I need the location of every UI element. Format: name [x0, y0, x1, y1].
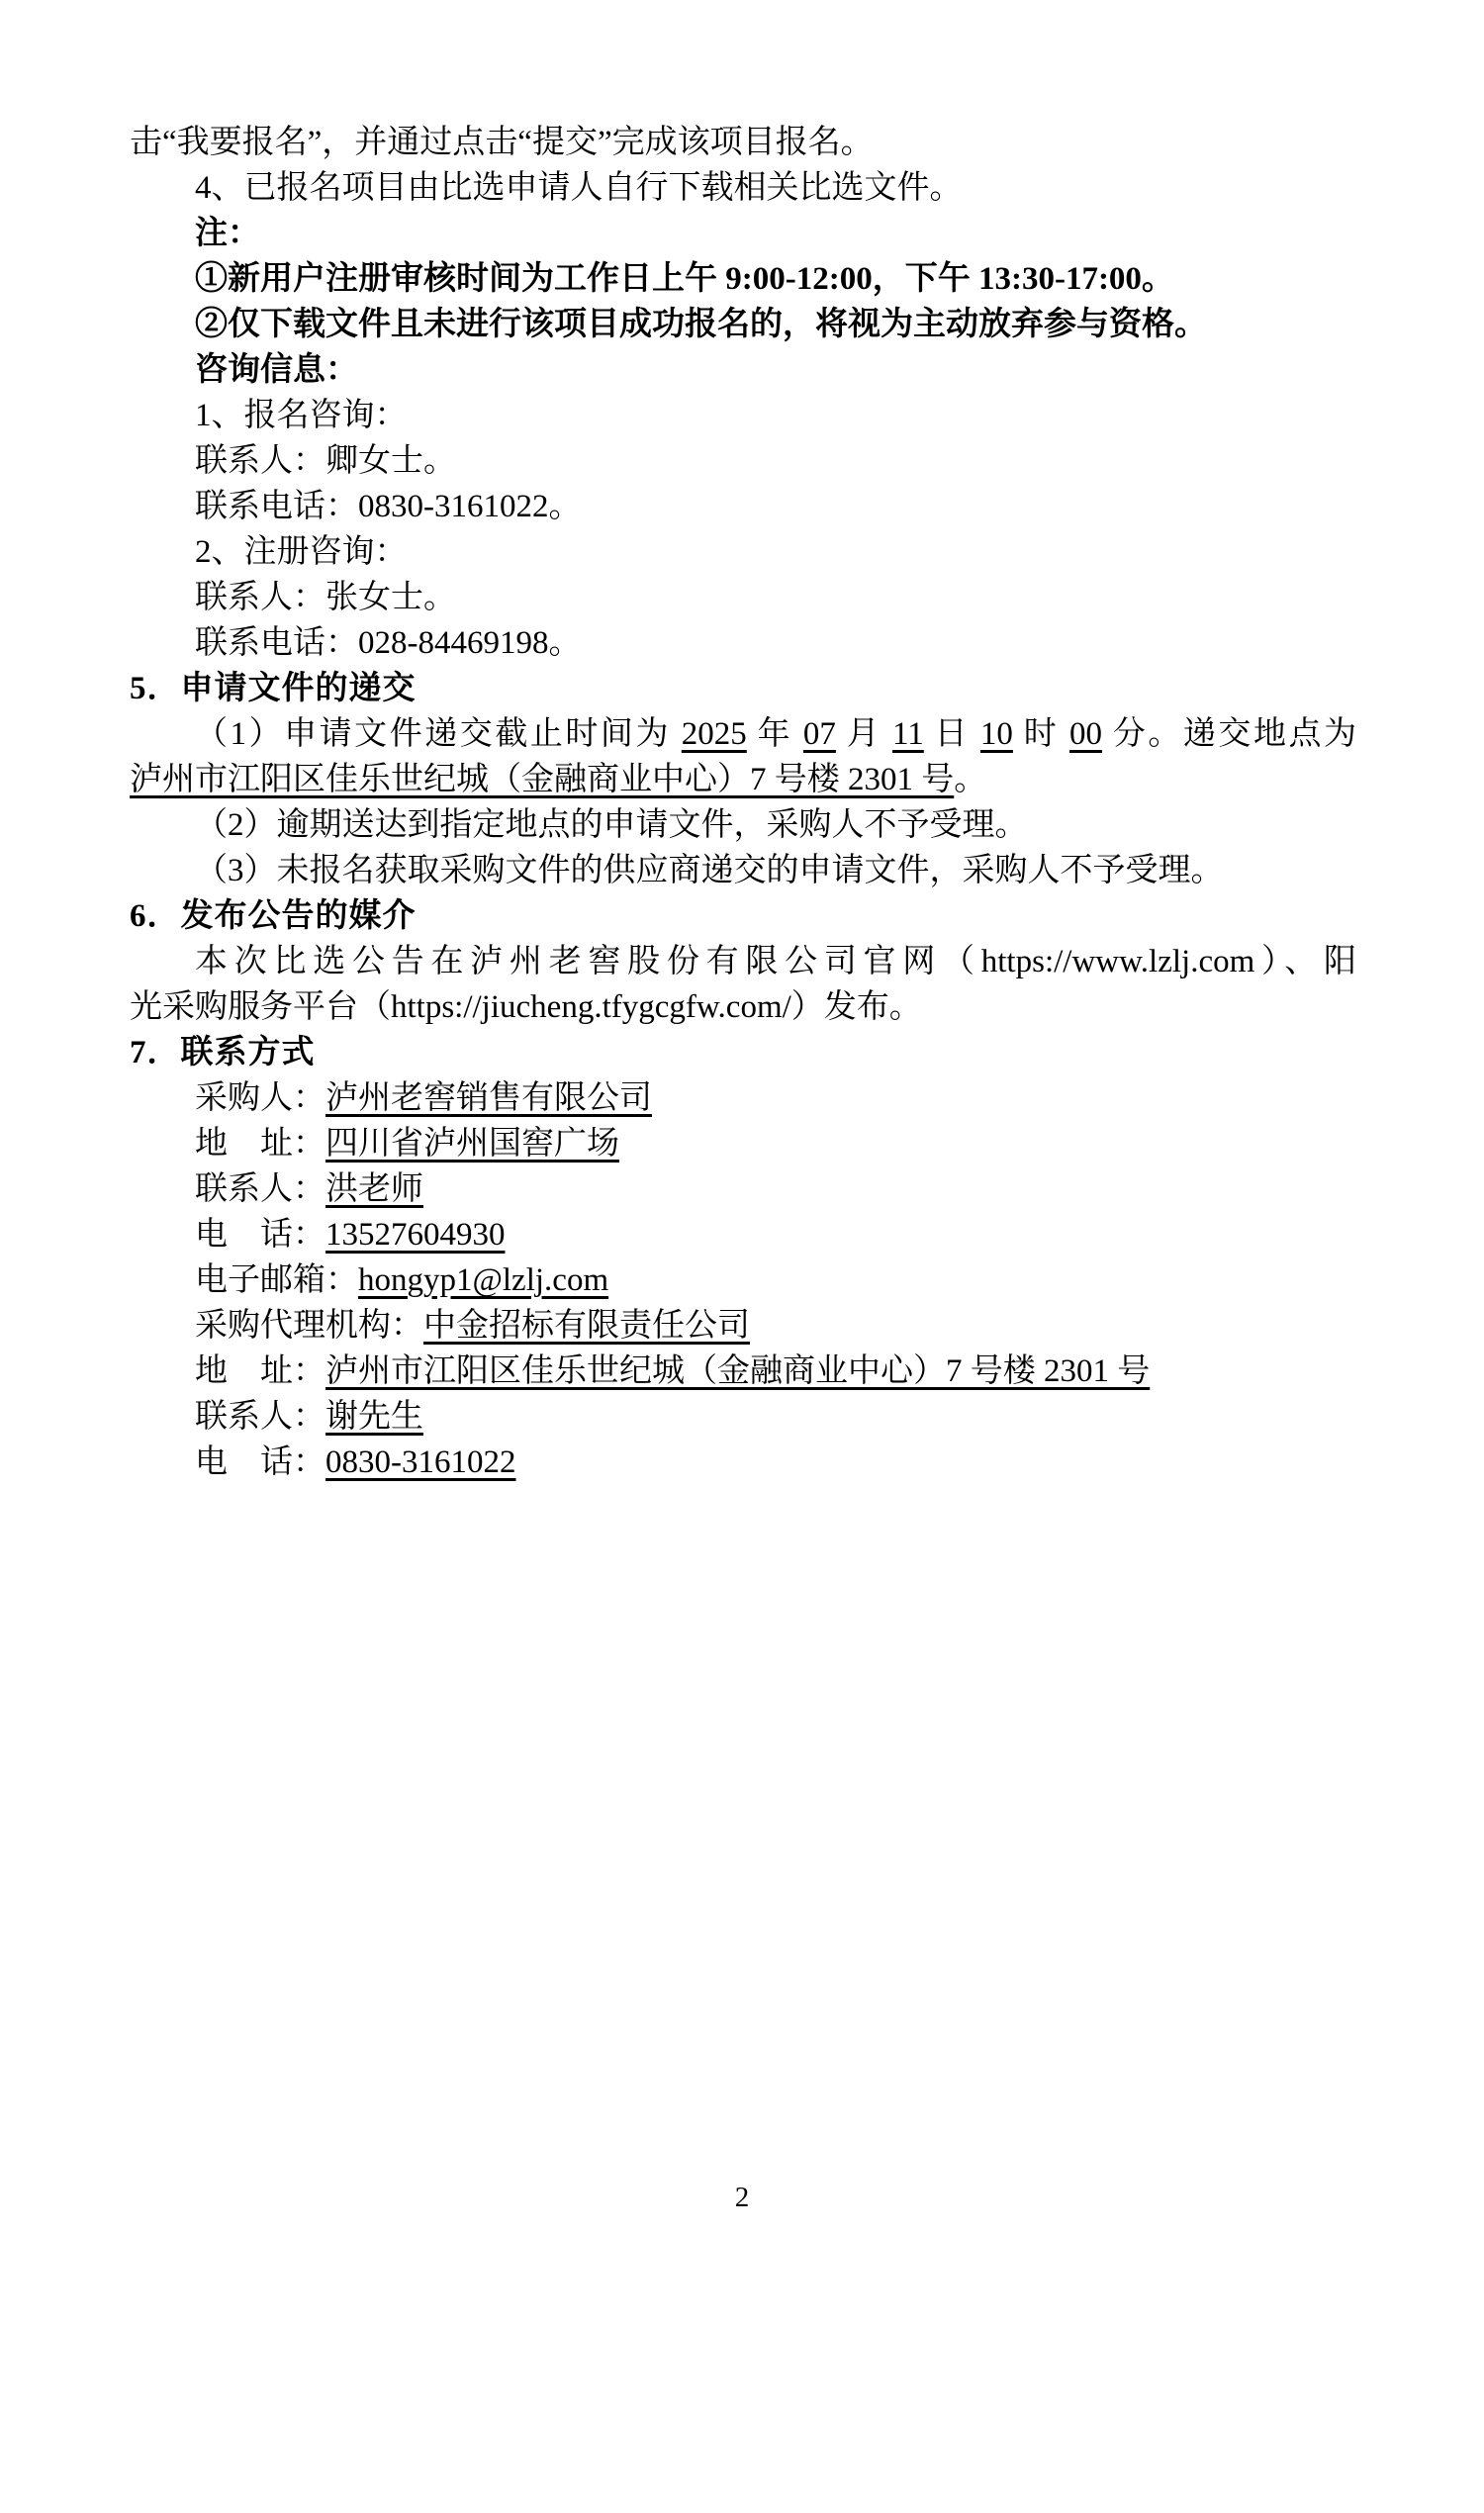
- consult-item-2: 2、注册咨询：: [130, 529, 1356, 575]
- text-run: 联系电话：028-84469198。: [195, 625, 582, 661]
- note-label: 注：: [130, 211, 1356, 256]
- media-paragraph-line-2: 光采购服务平台（https://jiucheng.tfygcgfw.com/）发…: [130, 984, 1356, 1030]
- text-run: 采购代理机构：: [195, 1308, 423, 1344]
- text-run: 电子邮箱：: [195, 1262, 358, 1298]
- text-run: 1、报名咨询：: [195, 398, 408, 433]
- underlined-value: hongyp1@lzlj.com: [358, 1262, 608, 1298]
- page-footer: 2: [0, 2181, 1484, 2214]
- section-5-heading: 5．申请文件的递交: [130, 666, 1356, 711]
- underlined-value: 00: [1069, 716, 1102, 752]
- text-run: 地 址：: [195, 1353, 325, 1389]
- text-run: 本次比选公告在泸州老窖股份有限公司官网（https://www.lzlj.com…: [195, 944, 1356, 979]
- underlined-value: 07: [803, 716, 836, 752]
- purchaser-line: 采购人：泸州老窖销售有限公司: [130, 1075, 1356, 1121]
- text-run: 采购人：: [195, 1080, 325, 1116]
- agency-line: 采购代理机构：中金招标有限责任公司: [130, 1303, 1356, 1349]
- text-run: 联系人：卿女士。: [195, 443, 456, 479]
- text-run: 时: [1013, 716, 1069, 752]
- text-run: 月: [836, 716, 892, 752]
- underlined-value: 洪老师: [325, 1171, 423, 1207]
- underlined-value: 泸州市江阳区佳乐世纪城（金融商业中心）7 号楼 2301 号: [130, 762, 954, 797]
- text-run: 联系人：: [195, 1399, 325, 1435]
- text-run: 地 址：: [195, 1126, 325, 1162]
- purchaser-address-line: 地 址：四川省泸州国窖广场: [130, 1121, 1356, 1166]
- text-run: 6．发布公告的媒介: [130, 898, 417, 934]
- text-run: 咨询信息：: [195, 352, 358, 388]
- submission-rule-2: （2）逾期送达到指定地点的申请文件，采购人不予受理。: [130, 802, 1356, 848]
- text-run: （1）申请文件递交截止时间为: [195, 716, 682, 752]
- text-run: ②仅下载文件且未进行该项目成功报名的，将视为主动放弃参与资格。: [195, 307, 1207, 342]
- text-run: 光采购服务平台（https://jiucheng.tfygcgfw.com/）发…: [130, 989, 922, 1025]
- note-item-2: ②仅下载文件且未进行该项目成功报名的，将视为主动放弃参与资格。: [130, 302, 1356, 347]
- text-run: （3）未报名获取采购文件的供应商递交的申请文件，采购人不予受理。: [195, 853, 1224, 888]
- consult-item-1: 1、报名咨询：: [130, 393, 1356, 438]
- consult-contact-2: 联系人：张女士。: [130, 575, 1356, 620]
- text-run: 联系人：张女士。: [195, 580, 456, 615]
- underlined-value: 泸州老窖销售有限公司: [325, 1080, 652, 1116]
- list-item-4: 4、已报名项目由比选申请人自行下载相关比选文件。: [130, 165, 1356, 211]
- underlined-value: 中金招标有限责任公司: [423, 1308, 750, 1344]
- purchaser-phone-line: 电 话：13527604930: [130, 1212, 1356, 1257]
- underlined-value: 0830-3161022: [325, 1444, 516, 1480]
- para-continuation-line: 击“我要报名”，并通过点击“提交”完成该项目报名。: [130, 120, 1356, 165]
- consult-contact-1: 联系人：卿女士。: [130, 438, 1356, 484]
- section-6-heading: 6．发布公告的媒介: [130, 893, 1356, 939]
- underlined-value: 泸州市江阳区佳乐世纪城（金融商业中心）7 号楼 2301 号: [325, 1353, 1150, 1389]
- agency-contact-line: 联系人：谢先生: [130, 1394, 1356, 1440]
- text-run: 。: [954, 762, 986, 797]
- underlined-value: 10: [980, 716, 1013, 752]
- purchaser-email-line: 电子邮箱：hongyp1@lzlj.com: [130, 1257, 1356, 1303]
- submission-address-line: 泸州市江阳区佳乐世纪城（金融商业中心）7 号楼 2301 号。: [130, 757, 1356, 802]
- text-run: 2、注册咨询：: [195, 534, 408, 570]
- note-item-1: ①新用户注册审核时间为工作日上午 9:00-12:00，下午 13:30-17:…: [130, 256, 1356, 302]
- text-run: 4、已报名项目由比选申请人自行下载相关比选文件。: [195, 170, 963, 206]
- agency-address-line: 地 址：泸州市江阳区佳乐世纪城（金融商业中心）7 号楼 2301 号: [130, 1349, 1356, 1394]
- consult-phone-1: 联系电话：0830-3161022。: [130, 484, 1356, 529]
- section-7-heading: 7．联系方式: [130, 1030, 1356, 1075]
- underlined-value: 2025: [682, 716, 747, 752]
- text-run: 注：: [195, 216, 260, 251]
- underlined-value: 谢先生: [325, 1399, 423, 1435]
- text-run: 联系电话：0830-3161022。: [195, 489, 582, 524]
- document-body: 击“我要报名”，并通过点击“提交”完成该项目报名。4、已报名项目由比选申请人自行…: [130, 120, 1356, 1485]
- text-run: 联系人：: [195, 1171, 325, 1207]
- text-run: 分。递交地点为: [1102, 716, 1356, 752]
- consult-info-label: 咨询信息：: [130, 347, 1356, 393]
- submission-deadline-line: （1）申请文件递交截止时间为 2025 年 07 月 11 日 10 时 00 …: [130, 711, 1356, 757]
- underlined-value: 四川省泸州国窖广场: [325, 1126, 619, 1162]
- agency-phone-line: 电 话：0830-3161022: [130, 1440, 1356, 1485]
- text-run: 5．申请文件的递交: [130, 671, 417, 706]
- text-run: 年: [747, 716, 803, 752]
- submission-rule-3: （3）未报名获取采购文件的供应商递交的申请文件，采购人不予受理。: [130, 848, 1356, 893]
- text-run: 电 话：: [195, 1444, 325, 1480]
- purchaser-contact-line: 联系人：洪老师: [130, 1166, 1356, 1212]
- media-paragraph-line-1: 本次比选公告在泸州老窖股份有限公司官网（https://www.lzlj.com…: [130, 939, 1356, 984]
- page-number: 2: [735, 2182, 750, 2213]
- text-run: 电 话：: [195, 1217, 325, 1253]
- consult-phone-2: 联系电话：028-84469198。: [130, 620, 1356, 666]
- underlined-value: 13527604930: [325, 1217, 506, 1253]
- text-run: （2）逾期送达到指定地点的申请文件，采购人不予受理。: [195, 807, 1028, 843]
- text-run: 击“我要报名”，并通过点击“提交”完成该项目报名。: [130, 125, 874, 160]
- underlined-value: 11: [892, 716, 924, 752]
- document-page: 击“我要报名”，并通过点击“提交”完成该项目报名。4、已报名项目由比选申请人自行…: [0, 0, 1484, 2513]
- text-run: 日: [924, 716, 980, 752]
- text-run: ①新用户注册审核时间为工作日上午 9:00-12:00，下午 13:30-17:…: [195, 261, 1174, 297]
- text-run: 7．联系方式: [130, 1035, 316, 1070]
